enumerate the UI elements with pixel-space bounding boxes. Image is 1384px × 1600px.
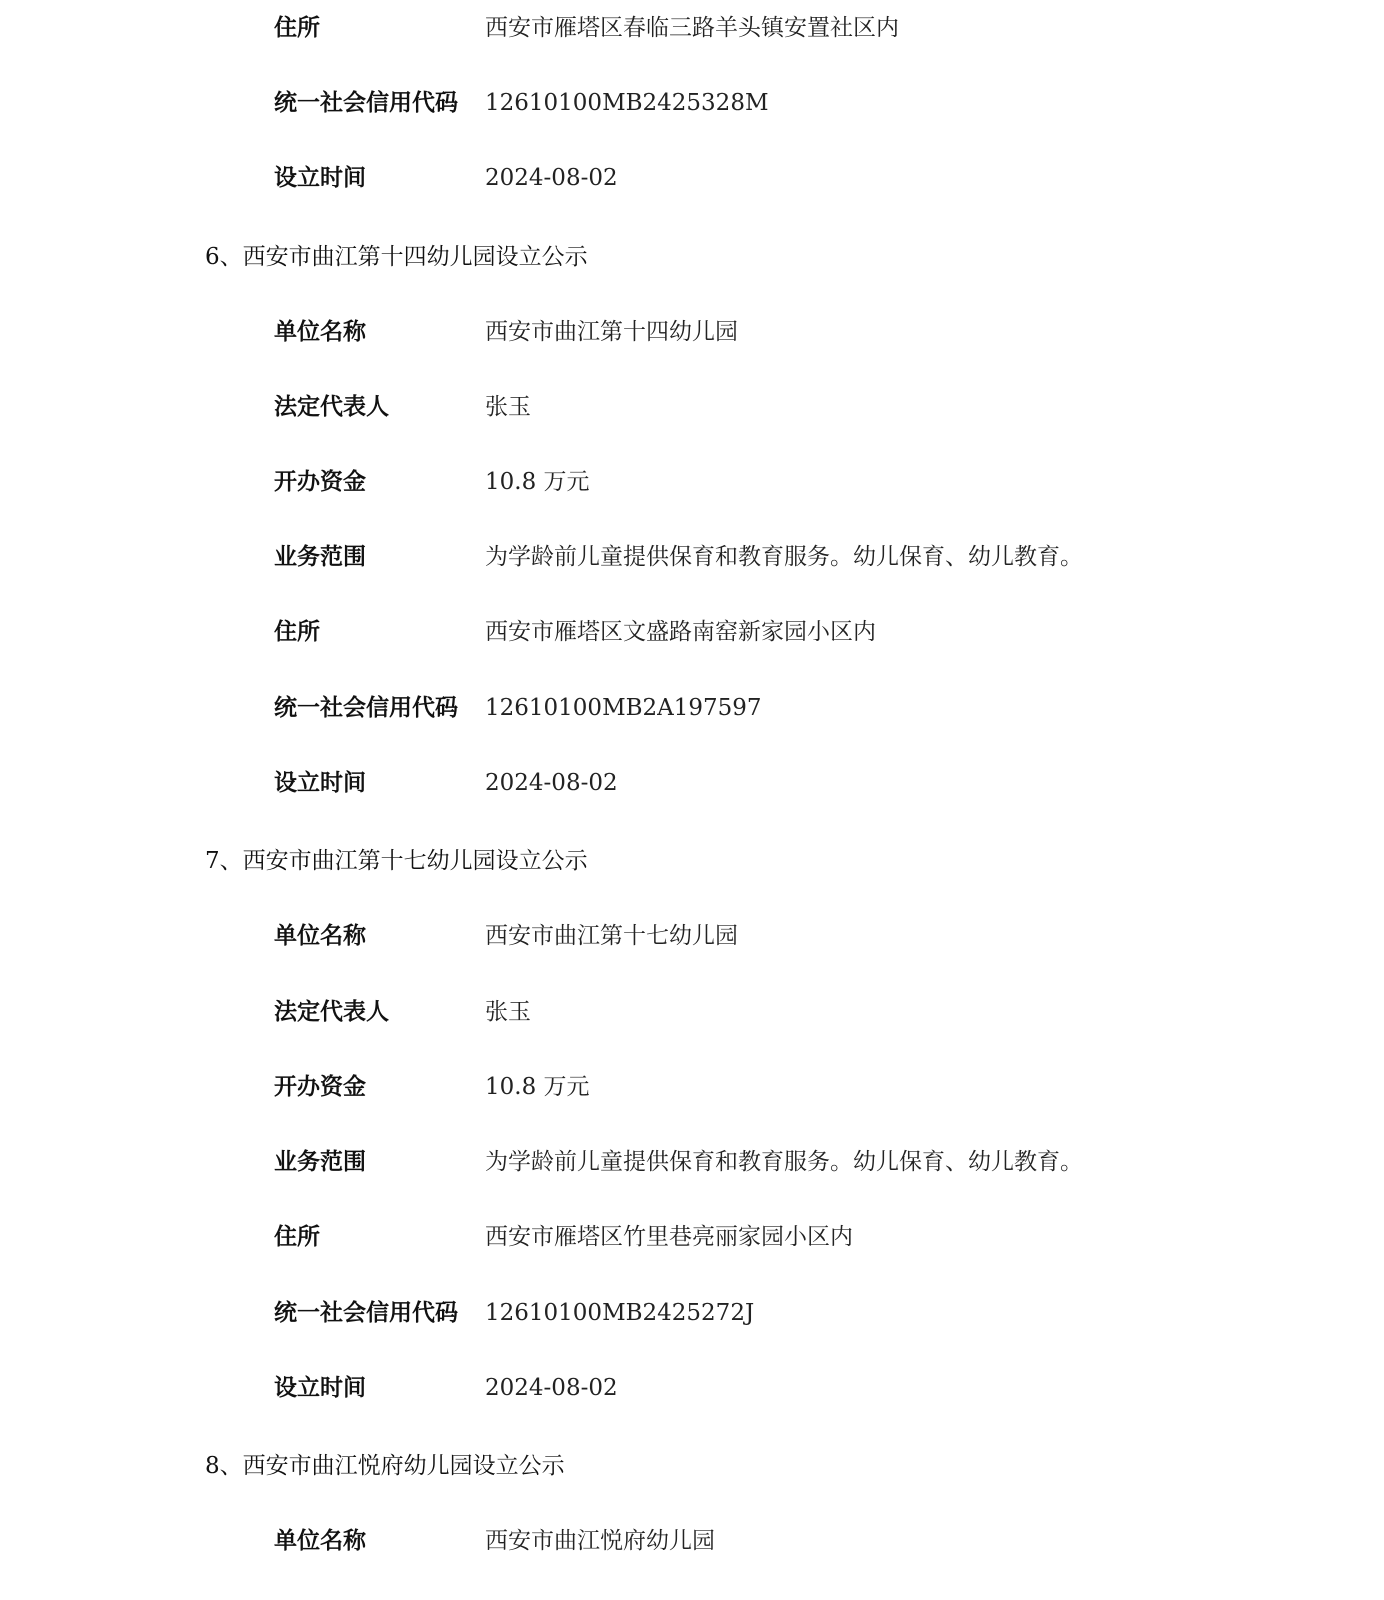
field-row-established: 设立时间 2024-08-02 [0,158,1384,198]
field-row-legal-rep: 法定代表人 张玉 [0,387,1384,427]
field-label: 开办资金 [274,462,366,502]
section-heading: 7、西安市曲江第十七幼儿园设立公示 [205,841,588,881]
field-value: 12610100MB2A197597 [485,688,762,728]
field-value: 西安市曲江第十四幼儿园 [485,312,738,352]
field-value: 10.8 万元 [485,462,590,502]
field-row-legal-rep: 法定代表人 张玉 [0,992,1384,1032]
field-value: 12610100MB2425272J [485,1293,754,1333]
field-row-established: 设立时间 2024-08-02 [0,1368,1384,1408]
field-label: 单位名称 [274,1521,366,1561]
field-row-established: 设立时间 2024-08-02 [0,763,1384,803]
field-value: 10.8 万元 [485,1067,590,1107]
field-row-credit-code: 统一社会信用代码 12610100MB2425272J [0,1293,1384,1333]
field-label: 业务范围 [274,537,366,577]
field-value: 西安市雁塔区文盛路南窑新家园小区内 [485,612,876,652]
field-value: 西安市雁塔区竹里巷亮丽家园小区内 [485,1217,853,1257]
field-row-capital: 开办资金 10.8 万元 [0,462,1384,502]
field-label: 住所 [274,1217,320,1257]
field-label: 统一社会信用代码 [274,83,458,123]
field-value: 西安市曲江第十七幼儿园 [485,916,738,956]
field-row-address: 住所 西安市雁塔区竹里巷亮丽家园小区内 [0,1217,1384,1257]
section-heading: 8、西安市曲江悦府幼儿园设立公示 [205,1446,565,1486]
field-row-scope: 业务范围 为学龄前儿童提供保育和教育服务。幼儿保育、幼儿教育。 [0,537,1384,577]
field-label: 单位名称 [274,916,366,956]
field-row-capital: 开办资金 10.8 万元 [0,1067,1384,1107]
field-label: 业务范围 [274,1142,366,1182]
field-label: 住所 [274,612,320,652]
field-row-name: 单位名称 西安市曲江第十七幼儿园 [0,916,1384,956]
field-value: 为学龄前儿童提供保育和教育服务。幼儿保育、幼儿教育。 [485,537,1083,577]
field-row-credit-code: 统一社会信用代码 12610100MB2425328M [0,83,1384,123]
field-label: 统一社会信用代码 [274,1293,458,1333]
field-row-name: 单位名称 西安市曲江悦府幼儿园 [0,1521,1384,1561]
field-value: 西安市曲江悦府幼儿园 [485,1521,715,1561]
field-value: 2024-08-02 [485,763,618,803]
field-value: 12610100MB2425328M [485,83,769,123]
field-row-address: 住所 西安市雁塔区春临三路羊头镇安置社区内 [0,8,1384,48]
field-label: 住所 [274,8,320,48]
section-heading: 6、西安市曲江第十四幼儿园设立公示 [205,237,588,277]
field-label: 单位名称 [274,312,366,352]
field-value: 为学龄前儿童提供保育和教育服务。幼儿保育、幼儿教育。 [485,1142,1083,1182]
field-row-name: 单位名称 西安市曲江第十四幼儿园 [0,312,1384,352]
field-value: 西安市雁塔区春临三路羊头镇安置社区内 [485,8,899,48]
field-label: 法定代表人 [274,992,389,1032]
field-label: 设立时间 [274,763,366,803]
field-value: 2024-08-02 [485,158,618,198]
field-row-address: 住所 西安市雁塔区文盛路南窑新家园小区内 [0,612,1384,652]
field-label: 统一社会信用代码 [274,688,458,728]
field-label: 法定代表人 [274,387,389,427]
field-label: 设立时间 [274,158,366,198]
field-row-scope: 业务范围 为学龄前儿童提供保育和教育服务。幼儿保育、幼儿教育。 [0,1142,1384,1182]
field-value: 张玉 [485,387,531,427]
field-value: 2024-08-02 [485,1368,618,1408]
field-label: 设立时间 [274,1368,366,1408]
field-row-credit-code: 统一社会信用代码 12610100MB2A197597 [0,688,1384,728]
field-value: 张玉 [485,992,531,1032]
field-label: 开办资金 [274,1067,366,1107]
